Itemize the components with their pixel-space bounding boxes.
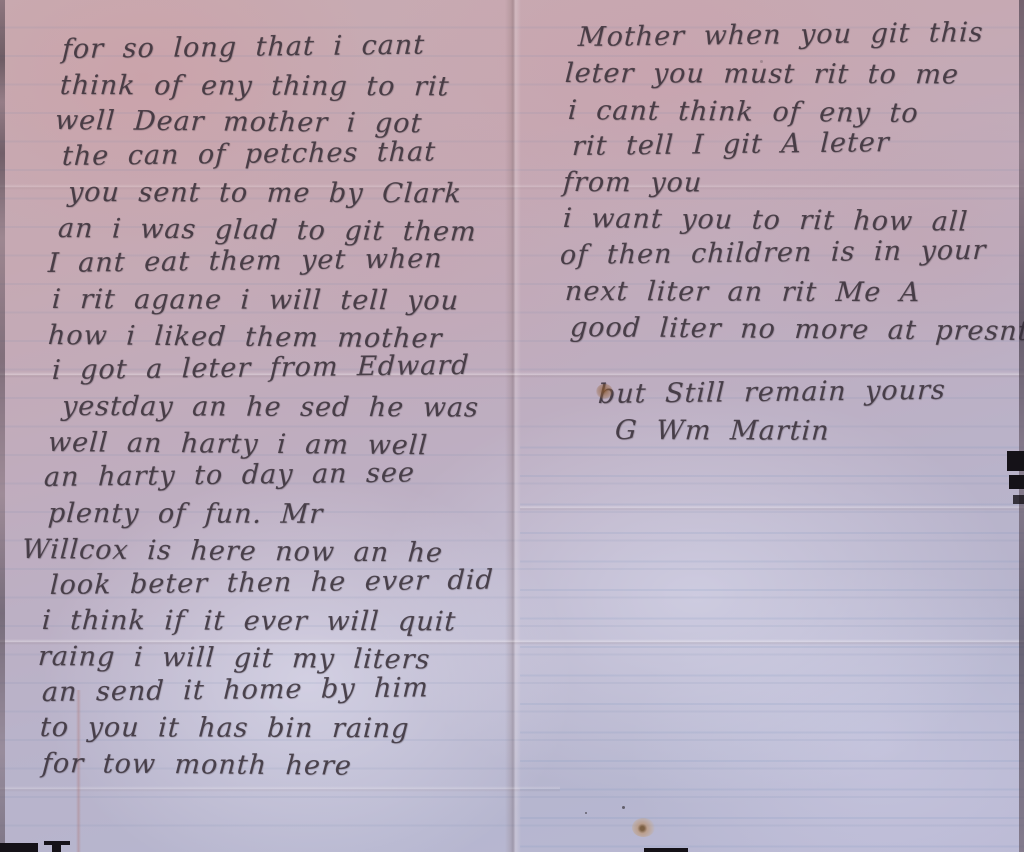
handwritten-line: of then children is in your: [559, 232, 1020, 274]
handwritten-line: rit tell I git A leter: [571, 123, 1020, 165]
ruled-lines-bottom-right: [520, 420, 1024, 852]
paper-speck: [585, 812, 587, 814]
handwritten-line: from you: [562, 165, 1021, 203]
scan-artifact-right-edge: [1009, 475, 1024, 489]
handwritten-line: the can of petches that: [61, 134, 515, 175]
paper-stain: [632, 818, 655, 837]
scan-artifact-right-edge: [1007, 451, 1024, 471]
handwritten-line: you sent to me by Clark: [67, 175, 516, 212]
handwritten-line: plenty of fun. Mr: [47, 496, 516, 533]
handwritten-line: i think if it ever will quit: [41, 603, 516, 640]
horizontal-crease: [520, 505, 1024, 511]
handwritten-line: for tow month here: [41, 746, 516, 786]
handwritten-line: for so long that i cant: [61, 26, 515, 67]
scan-artifact-bottom-left: [52, 845, 61, 852]
handwritten-line: good liter no more at presnt: [569, 310, 1021, 350]
handwritten-line: i rit agane i will tell you: [51, 282, 516, 319]
letter-closing: but Still remain yours G Wm Martin: [545, 377, 1020, 450]
handwritten-line: i got a leter from Edward: [51, 348, 515, 389]
scan-artifact-right-edge: [1013, 495, 1024, 504]
handwritten-line: leter you must rit to me: [564, 56, 1021, 94]
handwritten-line: an send it home by him: [41, 669, 515, 711]
scan-artifact-bottom-center: [644, 848, 688, 852]
letter-page-right: Mother when you git this leter you must …: [545, 20, 1020, 449]
signature: G Wm Martin: [614, 413, 1021, 451]
handwritten-line: to you it has bin raing: [39, 710, 516, 747]
handwritten-line: I ant eat them yet when: [47, 241, 515, 282]
paper-speck: [622, 806, 625, 809]
handwritten-line: yestday an he sed he was: [61, 389, 516, 426]
letter-page-left: for so long that i cant think of eny thi…: [20, 32, 515, 782]
horizontal-crease: [0, 786, 560, 792]
handwritten-line: look beter then he ever did: [49, 562, 515, 603]
scan-edge-left: [0, 0, 5, 852]
handwritten-line: an harty to day an see: [43, 455, 515, 496]
paper-speck: [760, 60, 763, 63]
scan-edge-right: [1019, 0, 1024, 852]
handwritten-line: Mother when you git this: [577, 15, 1020, 57]
ink-stain: [596, 384, 613, 399]
letter-paper: for so long that i cant think of eny thi…: [0, 0, 1024, 852]
scan-artifact-bottom-left: [0, 843, 38, 852]
handwritten-line: think of eny thing to rit: [59, 68, 516, 105]
handwritten-line: next liter an rit Me A: [564, 274, 1021, 312]
closing-line: but Still remain yours: [597, 372, 1020, 413]
